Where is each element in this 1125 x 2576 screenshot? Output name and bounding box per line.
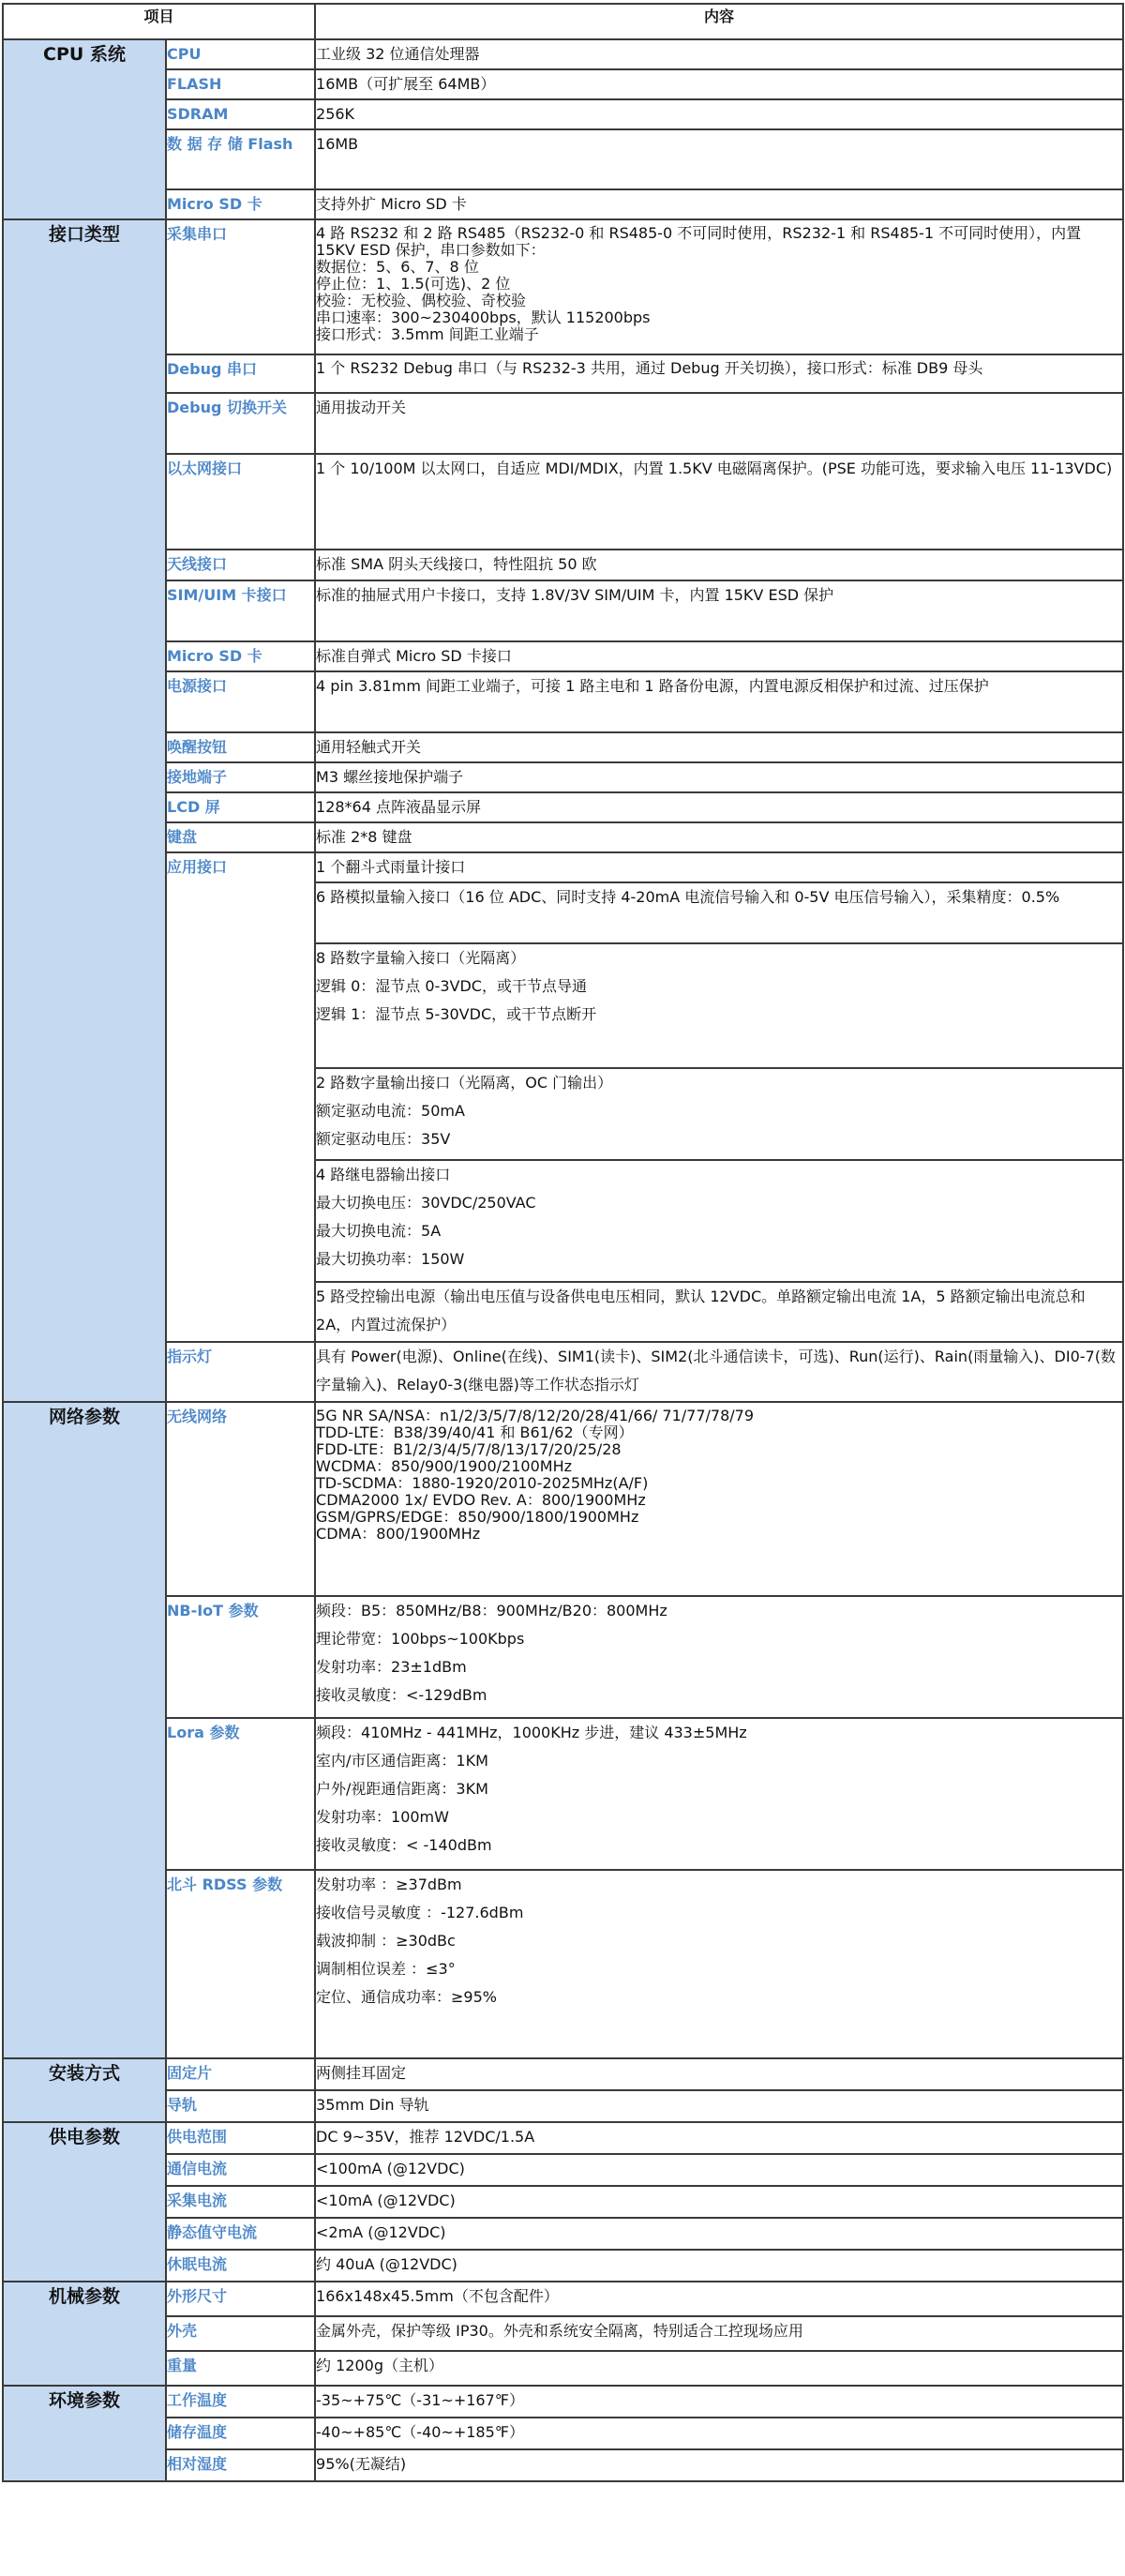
table-row: Lora 参数频段：410MHz - 441MHz，1000KHz 步进，建议 … — [3, 1718, 1123, 1870]
row-value: -40~+85℃（-40~+185℉） — [315, 2418, 1123, 2449]
value-line: 金属外壳，保护等级 IP30。外壳和系统安全隔离，特别适合工控现场应用 — [316, 2317, 1122, 2345]
row-value: 16MB（可扩展至 64MB） — [315, 69, 1123, 99]
group-label: 网络参数 — [3, 1402, 166, 2058]
row-value: 8 路数字量输入接口（光隔离）逻辑 0：湿节点 0-3VDC，或干节点导通逻辑 … — [315, 943, 1123, 1068]
value-line: TDD-LTE：B38/39/40/41 和 B61/62（专网） — [316, 1424, 1122, 1441]
table-row: 安装方式固定片两侧挂耳固定 — [3, 2058, 1123, 2090]
table-row: Debug 切换开关通用拔动开关 — [3, 393, 1123, 454]
row-label: LCD 屏 — [166, 792, 315, 822]
header-item: 项目 — [3, 4, 315, 39]
row-value: 标准 SMA 阴头天线接口，特性阻抗 50 欧 — [315, 550, 1123, 580]
row-label: 指示灯 — [166, 1342, 315, 1402]
table-row: 供电参数供电范围DC 9~35V，推荐 12VDC/1.5A — [3, 2122, 1123, 2154]
row-label: 供电范围 — [166, 2122, 315, 2154]
table-row: 休眠电流约 40uA (@12VDC) — [3, 2250, 1123, 2282]
row-label: 应用接口 — [166, 852, 315, 1342]
value-line: 工业级 32 位通信处理器 — [316, 40, 1122, 68]
value-line: 校验：无校验、偶校验、奇校验 — [316, 293, 1122, 309]
header-row: 项目 内容 — [3, 4, 1123, 39]
row-label: 导轨 — [166, 2090, 315, 2122]
row-label: 无线网络 — [166, 1402, 315, 1596]
spec-table: 项目 内容 CPU 系统CPU工业级 32 位通信处理器FLASH16MB（可扩… — [2, 3, 1124, 2482]
row-label: SIM/UIM 卡接口 — [166, 580, 315, 641]
table-row: 机械参数外形尺寸166x148x45.5mm（不包含配件） — [3, 2282, 1123, 2316]
value-line: -40~+85℃（-40~+185℉） — [316, 2418, 1122, 2447]
row-value: 发射功率 ：≥37dBm接收信号灵敏度 ：-127.6dBm载波抑制 ：≥30d… — [315, 1870, 1123, 2058]
row-value: 频段：410MHz - 441MHz，1000KHz 步进，建议 433±5MH… — [315, 1718, 1123, 1870]
value-line: 接收信号灵敏度 ：-127.6dBm — [316, 1899, 1122, 1927]
value-line: 1 个 RS232 Debug 串口（与 RS232-3 共用，通过 Debug… — [316, 360, 1122, 377]
row-label: 以太网接口 — [166, 454, 315, 550]
table-row: 通信电流<100mA (@12VDC) — [3, 2154, 1123, 2186]
row-value: 通用拔动开关 — [315, 393, 1123, 454]
value-line: 最大切换电流：5A — [316, 1217, 1122, 1245]
row-label: FLASH — [166, 69, 315, 99]
value-line: 数据位：5、6、7、8 位 — [316, 259, 1122, 276]
value-line: 最大切换功率：150W — [316, 1245, 1122, 1273]
table-row: CPU 系统CPU工业级 32 位通信处理器 — [3, 39, 1123, 69]
value-line: 接口形式：3.5mm 间距工业端子 — [316, 326, 1122, 343]
row-value: 1 个翻斗式雨量计接口 — [315, 852, 1123, 882]
group-label: 机械参数 — [3, 2282, 166, 2386]
value-line: -35~+75℃（-31~+167℉） — [316, 2387, 1122, 2415]
value-line: 发射功率：23±1dBm — [316, 1653, 1122, 1681]
header-content: 内容 — [315, 4, 1123, 39]
table-row: 应用接口1 个翻斗式雨量计接口 — [3, 852, 1123, 882]
value-line: 室内/市区通信距离：1KM — [316, 1747, 1122, 1775]
row-label: 唤醒按钮 — [166, 732, 315, 762]
row-value: 通用轻触式开关 — [315, 732, 1123, 762]
row-label: Micro SD 卡 — [166, 189, 315, 219]
table-row: 网络参数无线网络5G NR SA/NSA：n1/2/3/5/7/8/12/20/… — [3, 1402, 1123, 1596]
row-label: 北斗 RDSS 参数 — [166, 1870, 315, 2058]
table-row: 天线接口标准 SMA 阴头天线接口，特性阻抗 50 欧 — [3, 550, 1123, 580]
value-line: 约 40uA (@12VDC) — [316, 2251, 1122, 2279]
value-line: 最大切换电压：30VDC/250VAC — [316, 1189, 1122, 1217]
value-line: 95%(无凝结) — [316, 2450, 1122, 2478]
table-row: 相对湿度95%(无凝结) — [3, 2449, 1123, 2481]
value-line: 逻辑 1：湿节点 5-30VDC，或干节点断开 — [316, 1001, 1122, 1029]
table-row: 重量约 1200g（主机） — [3, 2351, 1123, 2386]
row-label: 工作温度 — [166, 2386, 315, 2418]
value-line: 频段：B5：850MHz/B8：900MHz/B20：800MHz — [316, 1597, 1122, 1625]
row-value: 256K — [315, 99, 1123, 129]
value-line: 4 路 RS232 和 2 路 RS485（RS232-0 和 RS485-0 … — [316, 225, 1122, 259]
row-label: 数 据 存 储 Flash — [166, 129, 315, 189]
row-value: 4 pin 3.81mm 间距工业端子，可接 1 路主电和 1 路备份电源，内置… — [315, 671, 1123, 732]
group-label: 安装方式 — [3, 2058, 166, 2122]
value-line: 支持外扩 Micro SD 卡 — [316, 190, 1122, 218]
row-value: 5 路受控输出电源（输出电压值与设备供电电压相同，默认 12VDC。单路额定输出… — [315, 1282, 1123, 1342]
value-line: 4 路继电器输出接口 — [316, 1161, 1122, 1189]
value-line: 8 路数字量输入接口（光隔离） — [316, 944, 1122, 972]
row-value: 2 路数字量输出接口（光隔离，OC 门输出）额定驱动电流：50mA额定驱动电压：… — [315, 1068, 1123, 1160]
table-row: Micro SD 卡支持外扩 Micro SD 卡 — [3, 189, 1123, 219]
value-line: <100mA (@12VDC) — [316, 2155, 1122, 2183]
table-row: 键盘标准 2*8 键盘 — [3, 822, 1123, 852]
value-line: GSM/GPRS/EDGE：850/900/1800/1900MHz — [316, 1509, 1122, 1526]
value-line: 5 路受控输出电源（输出电压值与设备供电电压相同，默认 12VDC。单路额定输出… — [316, 1283, 1122, 1339]
value-line: 标准 2*8 键盘 — [316, 823, 1122, 851]
value-line: 16MB — [316, 130, 1122, 158]
row-value: <2mA (@12VDC) — [315, 2218, 1123, 2250]
row-value: 4 路继电器输出接口最大切换电压：30VDC/250VAC最大切换电流：5A最大… — [315, 1160, 1123, 1282]
table-row: 环境参数工作温度-35~+75℃（-31~+167℉） — [3, 2386, 1123, 2418]
value-line: 4 pin 3.81mm 间距工业端子，可接 1 路主电和 1 路备份电源，内置… — [316, 672, 1122, 700]
table-row: 数 据 存 储 Flash16MB — [3, 129, 1123, 189]
table-row: SDRAM256K — [3, 99, 1123, 129]
value-line: 标准自弹式 Micro SD 卡接口 — [316, 642, 1122, 670]
table-row: 外壳金属外壳，保护等级 IP30。外壳和系统安全隔离，特别适合工控现场应用 — [3, 2316, 1123, 2351]
table-row: FLASH16MB（可扩展至 64MB） — [3, 69, 1123, 99]
row-value: 95%(无凝结) — [315, 2449, 1123, 2481]
row-label: CPU — [166, 39, 315, 69]
value-line: 1 个 10/100M 以太网口，自适应 MDI/MDIX，内置 1.5KV 电… — [316, 455, 1122, 483]
value-line: 16MB（可扩展至 64MB） — [316, 70, 1122, 98]
row-label: 天线接口 — [166, 550, 315, 580]
row-value: M3 螺丝接地保护端子 — [315, 762, 1123, 792]
value-line: 逻辑 0：湿节点 0-3VDC，或干节点导通 — [316, 972, 1122, 1001]
group-label: 供电参数 — [3, 2122, 166, 2282]
value-line: 约 1200g（主机） — [316, 2352, 1122, 2380]
value-line: CDMA：800/1900MHz — [316, 1526, 1122, 1543]
row-value: 5G NR SA/NSA：n1/2/3/5/7/8/12/20/28/41/66… — [315, 1402, 1123, 1596]
value-line: DC 9~35V，推荐 12VDC/1.5A — [316, 2123, 1122, 2151]
row-label: 相对湿度 — [166, 2449, 315, 2481]
row-value: 具有 Power(电源)、Online(在线)、SIM1(读卡)、SIM2(北斗… — [315, 1342, 1123, 1402]
row-label: 重量 — [166, 2351, 315, 2386]
table-row: 采集电流<10mA (@12VDC) — [3, 2186, 1123, 2218]
table-row: 接口类型采集串口4 路 RS232 和 2 路 RS485（RS232-0 和 … — [3, 219, 1123, 354]
row-label: Debug 串口 — [166, 354, 315, 393]
row-label: Debug 切换开关 — [166, 393, 315, 454]
value-line: 接收灵敏度：< -140dBm — [316, 1831, 1122, 1860]
value-line: 两侧挂耳固定 — [316, 2059, 1122, 2087]
row-label: 键盘 — [166, 822, 315, 852]
row-label: 固定片 — [166, 2058, 315, 2090]
row-label: 休眠电流 — [166, 2250, 315, 2282]
value-line: 发射功率 ：≥37dBm — [316, 1871, 1122, 1899]
value-line: M3 螺丝接地保护端子 — [316, 763, 1122, 791]
row-value: 128*64 点阵液晶显示屏 — [315, 792, 1123, 822]
value-line: 串口速率：300~230400bps，默认 115200bps — [316, 309, 1122, 326]
value-line: <10mA (@12VDC) — [316, 2187, 1122, 2215]
table-row: 静态值守电流<2mA (@12VDC) — [3, 2218, 1123, 2250]
value-line: 接收灵敏度：<-129dBm — [316, 1681, 1122, 1710]
value-line: FDD-LTE：B1/2/3/4/5/7/8/13/17/20/25/28 — [316, 1441, 1122, 1458]
row-value: 1 个 10/100M 以太网口，自适应 MDI/MDIX，内置 1.5KV 电… — [315, 454, 1123, 550]
value-line: 频段：410MHz - 441MHz，1000KHz 步进，建议 433±5MH… — [316, 1719, 1122, 1747]
value-line: 标准 SMA 阴头天线接口，特性阻抗 50 欧 — [316, 550, 1122, 579]
value-line: 1 个翻斗式雨量计接口 — [316, 853, 1122, 881]
row-value: 两侧挂耳固定 — [315, 2058, 1123, 2090]
table-row: 电源接口4 pin 3.81mm 间距工业端子，可接 1 路主电和 1 路备份电… — [3, 671, 1123, 732]
table-row: 以太网接口1 个 10/100M 以太网口，自适应 MDI/MDIX，内置 1.… — [3, 454, 1123, 550]
value-line: 发射功率：100mW — [316, 1803, 1122, 1831]
value-line: CDMA2000 1x/ EVDO Rev. A：800/1900MHz — [316, 1492, 1122, 1509]
row-label: 储存温度 — [166, 2418, 315, 2449]
value-line: 载波抑制 ：≥30dBc — [316, 1927, 1122, 1955]
row-value: 支持外扩 Micro SD 卡 — [315, 189, 1123, 219]
table-row: Debug 串口1 个 RS232 Debug 串口（与 RS232-3 共用，… — [3, 354, 1123, 393]
value-line: 通用拔动开关 — [316, 394, 1122, 422]
row-value: 4 路 RS232 和 2 路 RS485（RS232-0 和 RS485-0 … — [315, 219, 1123, 354]
value-line: 理论带宽：100bps~100Kbps — [316, 1625, 1122, 1653]
row-label: NB-IoT 参数 — [166, 1596, 315, 1718]
table-row: LCD 屏128*64 点阵液晶显示屏 — [3, 792, 1123, 822]
table-row: NB-IoT 参数频段：B5：850MHz/B8：900MHz/B20：800M… — [3, 1596, 1123, 1718]
row-label: 采集电流 — [166, 2186, 315, 2218]
row-label: 通信电流 — [166, 2154, 315, 2186]
table-row: Micro SD 卡标准自弹式 Micro SD 卡接口 — [3, 641, 1123, 671]
value-line: TD-SCDMA：1880-1920/2010-2025MHz(A/F) — [316, 1475, 1122, 1492]
table-row: 接地端子M3 螺丝接地保护端子 — [3, 762, 1123, 792]
table-row: SIM/UIM 卡接口标准的抽屉式用户卡接口，支持 1.8V/3V SIM/UI… — [3, 580, 1123, 641]
group-label: CPU 系统 — [3, 39, 166, 219]
row-value: 166x148x45.5mm（不包含配件） — [315, 2282, 1123, 2316]
row-value: 约 1200g（主机） — [315, 2351, 1123, 2386]
value-line: WCDMA：850/900/1900/2100MHz — [316, 1458, 1122, 1475]
row-value: 金属外壳，保护等级 IP30。外壳和系统安全隔离，特别适合工控现场应用 — [315, 2316, 1123, 2351]
value-line: 128*64 点阵液晶显示屏 — [316, 793, 1122, 821]
row-label: 采集串口 — [166, 219, 315, 354]
value-line: 额定驱动电压：35V — [316, 1125, 1122, 1153]
value-line: 标准的抽屉式用户卡接口，支持 1.8V/3V SIM/UIM 卡，内置 15KV… — [316, 581, 1122, 610]
row-label: 接地端子 — [166, 762, 315, 792]
table-row: 导轨35mm Din 导轨 — [3, 2090, 1123, 2122]
row-value: 16MB — [315, 129, 1123, 189]
row-value: 35mm Din 导轨 — [315, 2090, 1123, 2122]
row-value: 频段：B5：850MHz/B8：900MHz/B20：800MHz理论带宽：10… — [315, 1596, 1123, 1718]
row-label: 电源接口 — [166, 671, 315, 732]
row-value: 约 40uA (@12VDC) — [315, 2250, 1123, 2282]
table-row: 唤醒按钮通用轻触式开关 — [3, 732, 1123, 762]
value-line: 调制相位误差 ：≤3° — [316, 1955, 1122, 1983]
row-value: 1 个 RS232 Debug 串口（与 RS232-3 共用，通过 Debug… — [315, 354, 1123, 393]
table-row: 指示灯具有 Power(电源)、Online(在线)、SIM1(读卡)、SIM2… — [3, 1342, 1123, 1402]
row-value: -35~+75℃（-31~+167℉） — [315, 2386, 1123, 2418]
value-line: 2 路数字量输出接口（光隔离，OC 门输出） — [316, 1069, 1122, 1097]
spec-body: CPU 系统CPU工业级 32 位通信处理器FLASH16MB（可扩展至 64M… — [3, 39, 1123, 2481]
row-label: 静态值守电流 — [166, 2218, 315, 2250]
value-line: 166x148x45.5mm（不包含配件） — [316, 2282, 1122, 2311]
value-line: <2mA (@12VDC) — [316, 2219, 1122, 2247]
row-label: 外壳 — [166, 2316, 315, 2351]
row-value: DC 9~35V，推荐 12VDC/1.5A — [315, 2122, 1123, 2154]
value-line: 5G NR SA/NSA：n1/2/3/5/7/8/12/20/28/41/66… — [316, 1408, 1122, 1424]
row-value: 标准的抽屉式用户卡接口，支持 1.8V/3V SIM/UIM 卡，内置 15KV… — [315, 580, 1123, 641]
row-label: Lora 参数 — [166, 1718, 315, 1870]
row-value: 标准自弹式 Micro SD 卡接口 — [315, 641, 1123, 671]
value-line: 6 路模拟量输入接口（16 位 ADC、同时支持 4-20mA 电流信号输入和 … — [316, 883, 1122, 911]
row-label: 外形尺寸 — [166, 2282, 315, 2316]
table-row: 储存温度-40~+85℃（-40~+185℉） — [3, 2418, 1123, 2449]
value-line: 户外/视距通信距离：3KM — [316, 1775, 1122, 1803]
value-line: 定位、通信成功率：≥95% — [316, 1983, 1122, 2011]
value-line: 通用轻触式开关 — [316, 733, 1122, 761]
value-line: 256K — [316, 100, 1122, 128]
table-row: 北斗 RDSS 参数发射功率 ：≥37dBm接收信号灵敏度 ：-127.6dBm… — [3, 1870, 1123, 2058]
row-value: 工业级 32 位通信处理器 — [315, 39, 1123, 69]
value-line: 35mm Din 导轨 — [316, 2091, 1122, 2119]
row-value: <10mA (@12VDC) — [315, 2186, 1123, 2218]
value-line: 停止位：1、1.5(可选)、2 位 — [316, 276, 1122, 293]
value-line: 额定驱动电流：50mA — [316, 1097, 1122, 1125]
value-line: 具有 Power(电源)、Online(在线)、SIM1(读卡)、SIM2(北斗… — [316, 1343, 1122, 1399]
group-label: 环境参数 — [3, 2386, 166, 2481]
row-value: <100mA (@12VDC) — [315, 2154, 1123, 2186]
row-label: SDRAM — [166, 99, 315, 129]
row-value: 标准 2*8 键盘 — [315, 822, 1123, 852]
row-label: Micro SD 卡 — [166, 641, 315, 671]
group-label: 接口类型 — [3, 219, 166, 1402]
row-value: 6 路模拟量输入接口（16 位 ADC、同时支持 4-20mA 电流信号输入和 … — [315, 882, 1123, 943]
